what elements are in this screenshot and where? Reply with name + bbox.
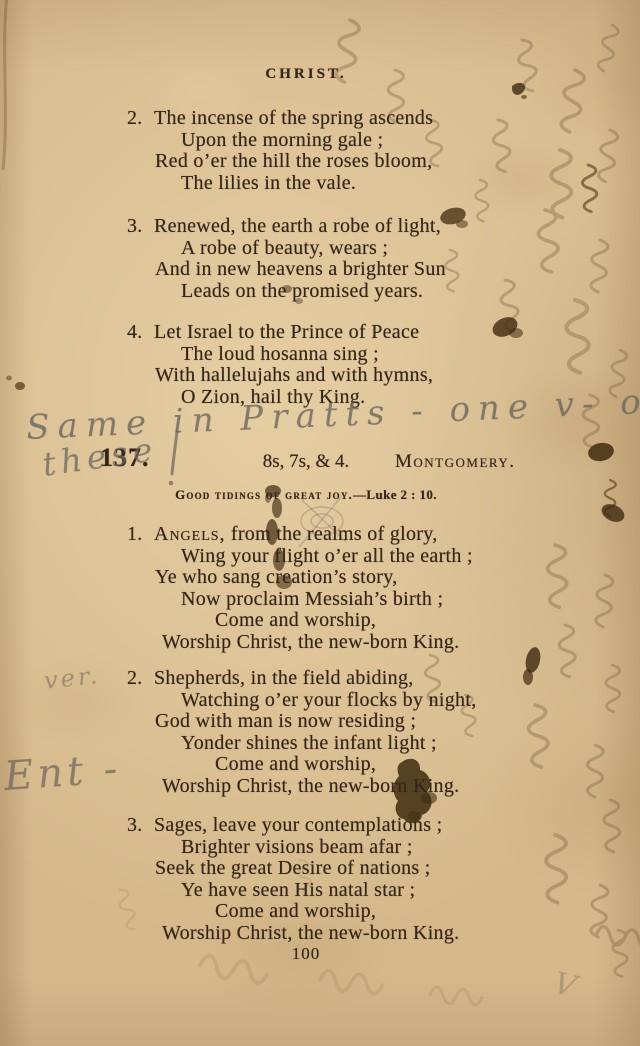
verse-line-text: Watching o’er your flocks by night, [181, 689, 477, 711]
verse-number: 3. [127, 815, 154, 837]
verse-line: Come and worship, [215, 610, 587, 632]
verse-line-text: Yonder shines the infant light ; [181, 732, 437, 754]
verse-line: Brighter visions beam afar ; [181, 837, 587, 859]
verse-line: Watching o’er your flocks by night, [181, 690, 587, 712]
hymnal-page-scan: CHRIST. 2.The incense of the spring asce… [0, 0, 640, 1046]
verse: 1.Angels, from the realms of glory,Wing … [127, 524, 587, 653]
verse-line: Worship Christ, the new-born King. [162, 776, 587, 798]
verse-line: Now proclaim Messiah’s birth ; [181, 589, 587, 611]
verse-line-text: Worship Christ, the new-born King. [162, 631, 459, 653]
verse-line: Come and worship, [215, 901, 587, 923]
verse-line: Wing your flight o’er all the earth ; [181, 546, 587, 568]
verse-line: 2.Shepherds, in the field abiding, [127, 668, 587, 690]
verse-line-text: Come and worship, [215, 900, 376, 922]
verse-line-text: Now proclaim Messiah’s birth ; [181, 588, 443, 610]
verse-line: Ye have seen His natal star ; [181, 880, 587, 902]
verse-number: 2. [127, 668, 154, 690]
verse-line: 3.Sages, leave your contemplations ; [127, 815, 587, 837]
verse-line: Worship Christ, the new-born King. [162, 632, 587, 654]
verse-line: 1.Angels, from the realms of glory, [127, 524, 587, 546]
verse-line-text: Ye who sang creation’s story, [155, 566, 398, 588]
verse-line-text: Come and worship, [215, 609, 376, 631]
verse-line-text: God with man is now residing ; [155, 710, 416, 732]
verse-line: God with man is now residing ; [155, 711, 587, 733]
verse-line-text: Sages, leave your contemplations ; [154, 814, 442, 836]
verse-line-text: Brighter visions beam afar ; [181, 836, 413, 858]
verse-line-text: Ye have seen His natal star ; [181, 879, 415, 901]
verse-line: Yonder shines the infant light ; [181, 733, 587, 755]
verse: 3.Sages, leave your contemplations ;Brig… [127, 815, 587, 944]
verse-line-text: Worship Christ, the new-born King. [162, 775, 459, 797]
verse-number: 1. [127, 524, 154, 546]
verse-line: Seek the great Desire of nations ; [155, 858, 587, 880]
verse-line: Come and worship, [215, 754, 587, 776]
verse-line: Ye who sang creation’s story, [155, 567, 587, 589]
verse-line-text: Wing your flight o’er all the earth ; [181, 545, 473, 567]
hymn-137-verses: 1.Angels, from the realms of glory,Wing … [0, 0, 640, 1046]
verse-line-text: Angels, from the realms of glory, [154, 523, 438, 545]
verse-line: Worship Christ, the new-born King. [162, 923, 587, 945]
verse-line-text: Shepherds, in the field abiding, [154, 667, 414, 689]
verse-line-text: Seek the great Desire of nations ; [155, 857, 431, 879]
verse-line-text: Worship Christ, the new-born King. [162, 922, 459, 944]
verse: 2.Shepherds, in the field abiding,Watchi… [127, 668, 587, 797]
page-number: 100 [0, 944, 612, 964]
verse-line-text: Come and worship, [215, 753, 376, 775]
